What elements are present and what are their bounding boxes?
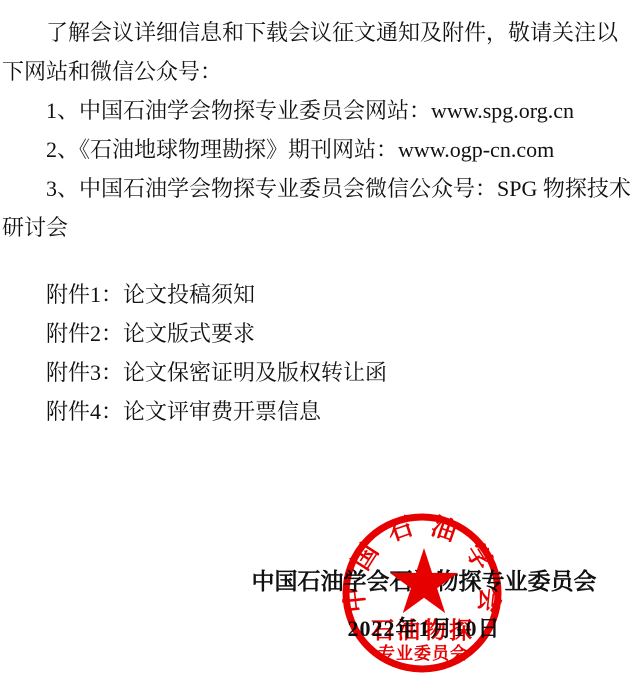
website-item-3: 3、中国石油学会物探专业委员会微信公众号：SPG 物探技术研讨会: [2, 169, 636, 247]
attachments-list: 附件1：论文投稿须知 附件2：论文版式要求 附件3：论文保密证明及版权转让函 附…: [2, 275, 636, 431]
website-item-1: 1、中国石油学会物探专业委员会网站：www.spg.org.cn: [2, 91, 636, 130]
website-item-2: 2、《石油地球物理勘探》期刊网站：www.ogp-cn.com: [2, 130, 636, 169]
document-body: 了解会议详细信息和下载会议征文通知及附件，敬请关注以下网站和微信公众号： 1、中…: [0, 13, 638, 431]
intro-paragraph: 了解会议详细信息和下载会议征文通知及附件，敬请关注以下网站和微信公众号：: [2, 13, 636, 91]
attachment-item-4: 附件4：论文评审费开票信息: [2, 392, 636, 431]
attachment-item-1: 附件1：论文投稿须知: [2, 275, 636, 314]
seal-star-icon: [337, 508, 507, 678]
attachment-item-2: 附件2：论文版式要求: [2, 314, 636, 353]
document-page: 了解会议详细信息和下载会议征文通知及附件，敬请关注以下网站和微信公众号： 1、中…: [0, 0, 638, 697]
attachment-item-3: 附件3：论文保密证明及版权转让函: [2, 353, 636, 392]
star-shape: [390, 548, 458, 613]
